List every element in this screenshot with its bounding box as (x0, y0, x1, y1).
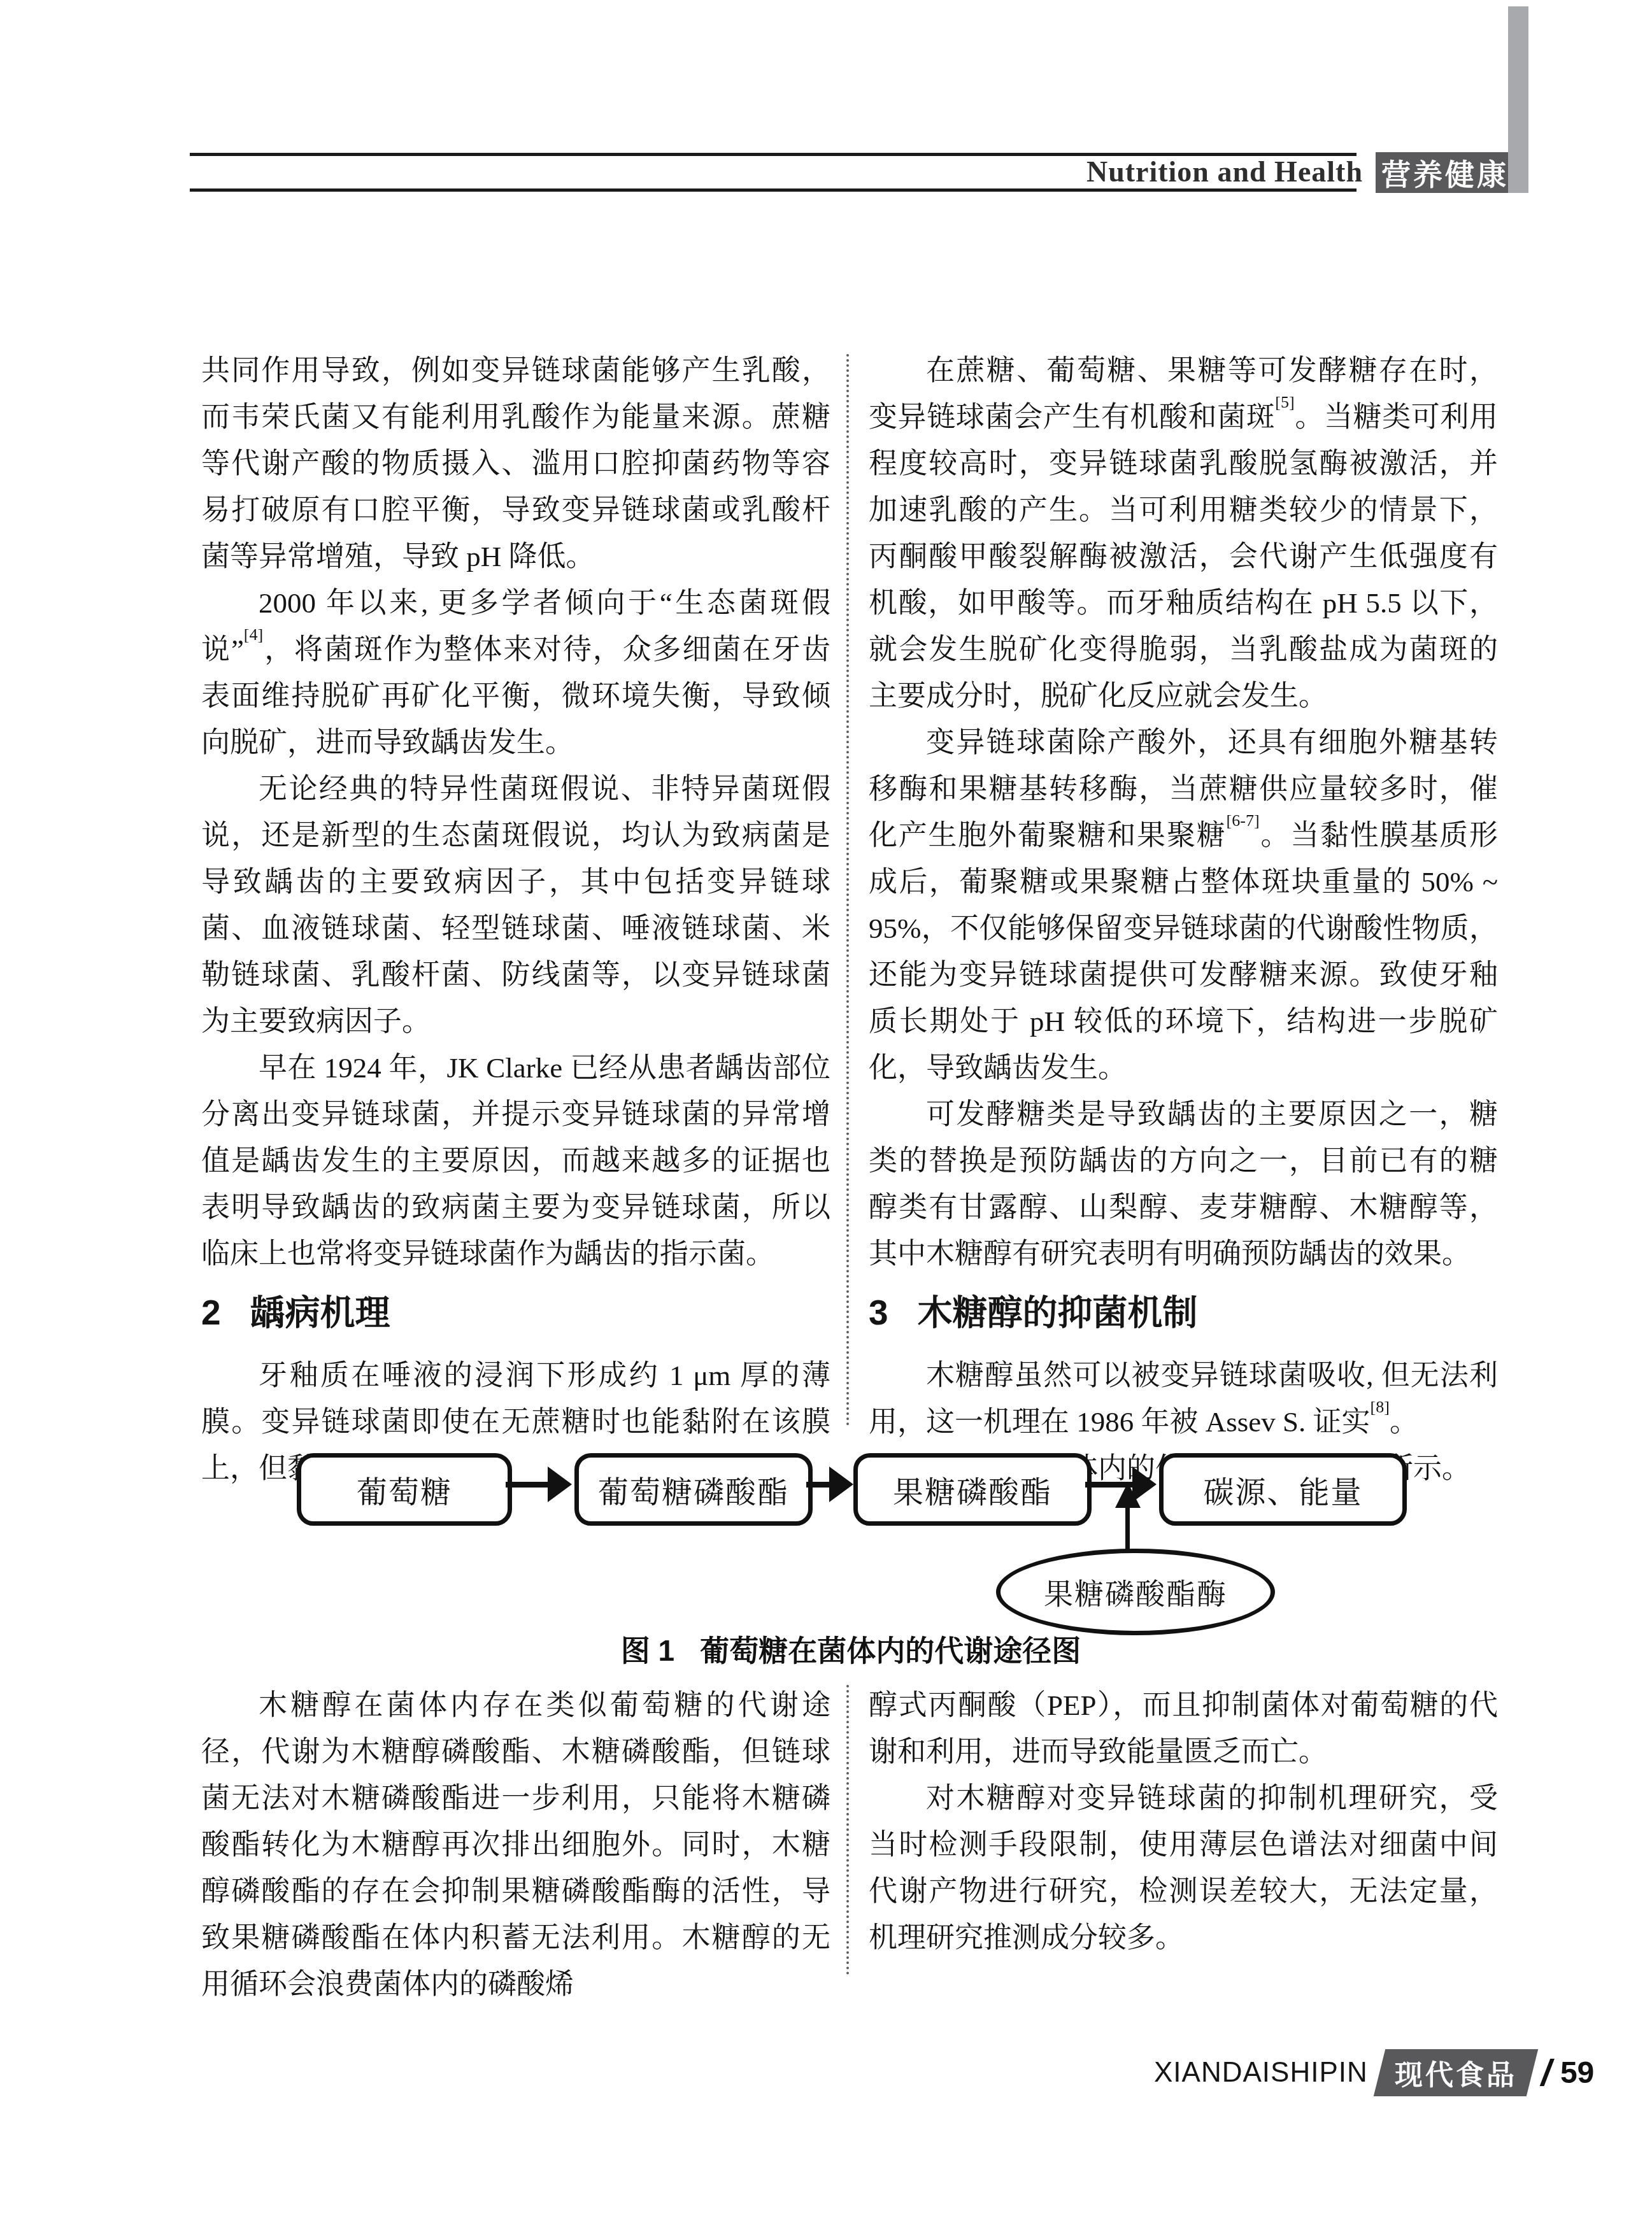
column-divider-lower (846, 1685, 849, 1975)
footer-slash: / (1541, 2052, 1551, 2094)
citation-ref: [8] (1371, 1398, 1390, 1416)
paragraph: 变异链球菌除产酸外，还具有细胞外糖基转移酶和果糖基转移酶，当蔗糖供应量较多时，催… (869, 720, 1498, 1091)
figure-caption-text: 葡萄糖在菌体内的代谢途径图 (700, 1634, 1081, 1667)
section-title-chinese-box: 营养健康 (1376, 152, 1514, 193)
left-column-upper: 共同作用导致，例如变异链球菌能够产生乳酸，而韦荣氏菌又有能利用乳酸作为能量来源。… (201, 348, 830, 1492)
paragraph: 无论经典的特异性菌斑假说、非特异菌斑假说，还是新型的生态菌斑假说，均认为致病菌是… (201, 766, 830, 1045)
citation-ref: [4] (244, 625, 263, 644)
paragraph: 对木糖醇对变异链球菌的抑制机理研究，受当时检测手段限制，使用薄层色谱法对细菌中间… (869, 1775, 1498, 1961)
section-title-english: Nutrition and Health (955, 155, 1363, 188)
section-heading-2: 2龋病机理 (201, 1293, 830, 1332)
citation-ref: [5] (1275, 393, 1294, 411)
column-divider-upper (846, 354, 849, 1426)
paragraph: 在蔗糖、葡萄糖、果糖等可发酵糖存在时，变异链球菌会产生有机酸和菌斑[5]。当糖类… (869, 348, 1498, 720)
section-heading-3: 3木糖醇的抑菌机制 (869, 1293, 1498, 1332)
figure-caption-label: 图 1 (621, 1634, 674, 1667)
section-number: 3 (869, 1293, 888, 1332)
paragraph: 可发酵糖类是导致龋齿的主要原因之一，糖类的替换是预防龋齿的方向之一，目前已有的糖… (869, 1091, 1498, 1277)
section-title: 龋病机理 (250, 1293, 390, 1332)
flow-arrow-shaft (506, 1482, 548, 1488)
enzyme-arrowhead-icon (1115, 1482, 1141, 1508)
flowchart-node-carbon-energy: 碳源、能量 (1159, 1453, 1407, 1526)
left-column-lower: 木糖醇在菌体内存在类似葡萄糖的代谢途径，代谢为木糖醇磷酸酯、木糖磷酸酯，但链球菌… (201, 1682, 830, 2008)
right-column-lower: 醇式丙酮酸（PEP），而且抑制菌体对葡萄糖的代谢和利用，进而导致能量匮乏而亡。 … (869, 1682, 1498, 1961)
paragraph: 共同作用导致，例如变异链球菌能够产生乳酸，而韦荣氏菌又有能利用乳酸作为能量来源。… (201, 348, 830, 580)
section-number: 2 (201, 1293, 221, 1332)
flowchart-node-glucose-phosphate: 葡萄糖磷酸酯 (574, 1453, 813, 1526)
paragraph: 早在 1924 年，JK Clarke 已经从患者龋齿部位分离出变异链球菌，并提… (201, 1045, 830, 1277)
header-rule-bottom (190, 188, 1356, 192)
flowchart-node-glucose: 葡萄糖 (297, 1453, 512, 1526)
paragraph: 醇式丙酮酸（PEP），而且抑制菌体对葡萄糖的代谢和利用，进而导致能量匮乏而亡。 (869, 1682, 1498, 1775)
paragraph: 木糖醇在菌体内存在类似葡萄糖的代谢途径，代谢为木糖醇磷酸酯、木糖磷酸酯，但链球菌… (201, 1682, 830, 2008)
flowchart-node-enzyme: 果糖磷酸酯酶 (996, 1549, 1275, 1635)
page-edge-bar (1508, 6, 1528, 193)
flow-arrowhead-icon (829, 1467, 853, 1502)
enzyme-arrow-shaft (1125, 1507, 1130, 1550)
figure-caption: 图 1葡萄糖在菌体内的代谢途径图 (214, 1628, 1488, 1670)
flowchart-node-fructose-phosphate: 果糖磷酸酯 (853, 1453, 1092, 1526)
right-column-upper: 在蔗糖、葡萄糖、果糖等可发酵糖存在时，变异链球菌会产生有机酸和菌斑[5]。当糖类… (869, 348, 1498, 1492)
journal-name-chinese: 现代食品 (1395, 2052, 1517, 2093)
paragraph: 木糖醇虽然可以被变异链球菌吸收, 但无法利用，这一机理在 1986 年被 Ass… (869, 1353, 1498, 1445)
flow-arrow-shaft (806, 1482, 829, 1488)
page-number: 59 (1560, 2056, 1594, 2091)
page-footer: XIANDAISHIPIN 现代食品 / 59 (1154, 2049, 1594, 2096)
flow-arrowhead-icon (548, 1467, 572, 1502)
section-title: 木糖醇的抑菌机制 (918, 1293, 1198, 1332)
citation-ref: [6-7] (1226, 811, 1259, 830)
journal-page: Nutrition and Health 营养健康 共同作用导致，例如变异链球菌… (0, 0, 1652, 2216)
journal-name-pinyin: XIANDAISHIPIN (1154, 2057, 1368, 2089)
paragraph: 2000 年以来, 更多学者倾向于“生态菌斑假说”[4]，将菌斑作为整体来对待，… (201, 580, 830, 766)
journal-name-box: 现代食品 (1374, 2049, 1538, 2096)
section-title-chinese: 营养健康 (1381, 152, 1509, 194)
